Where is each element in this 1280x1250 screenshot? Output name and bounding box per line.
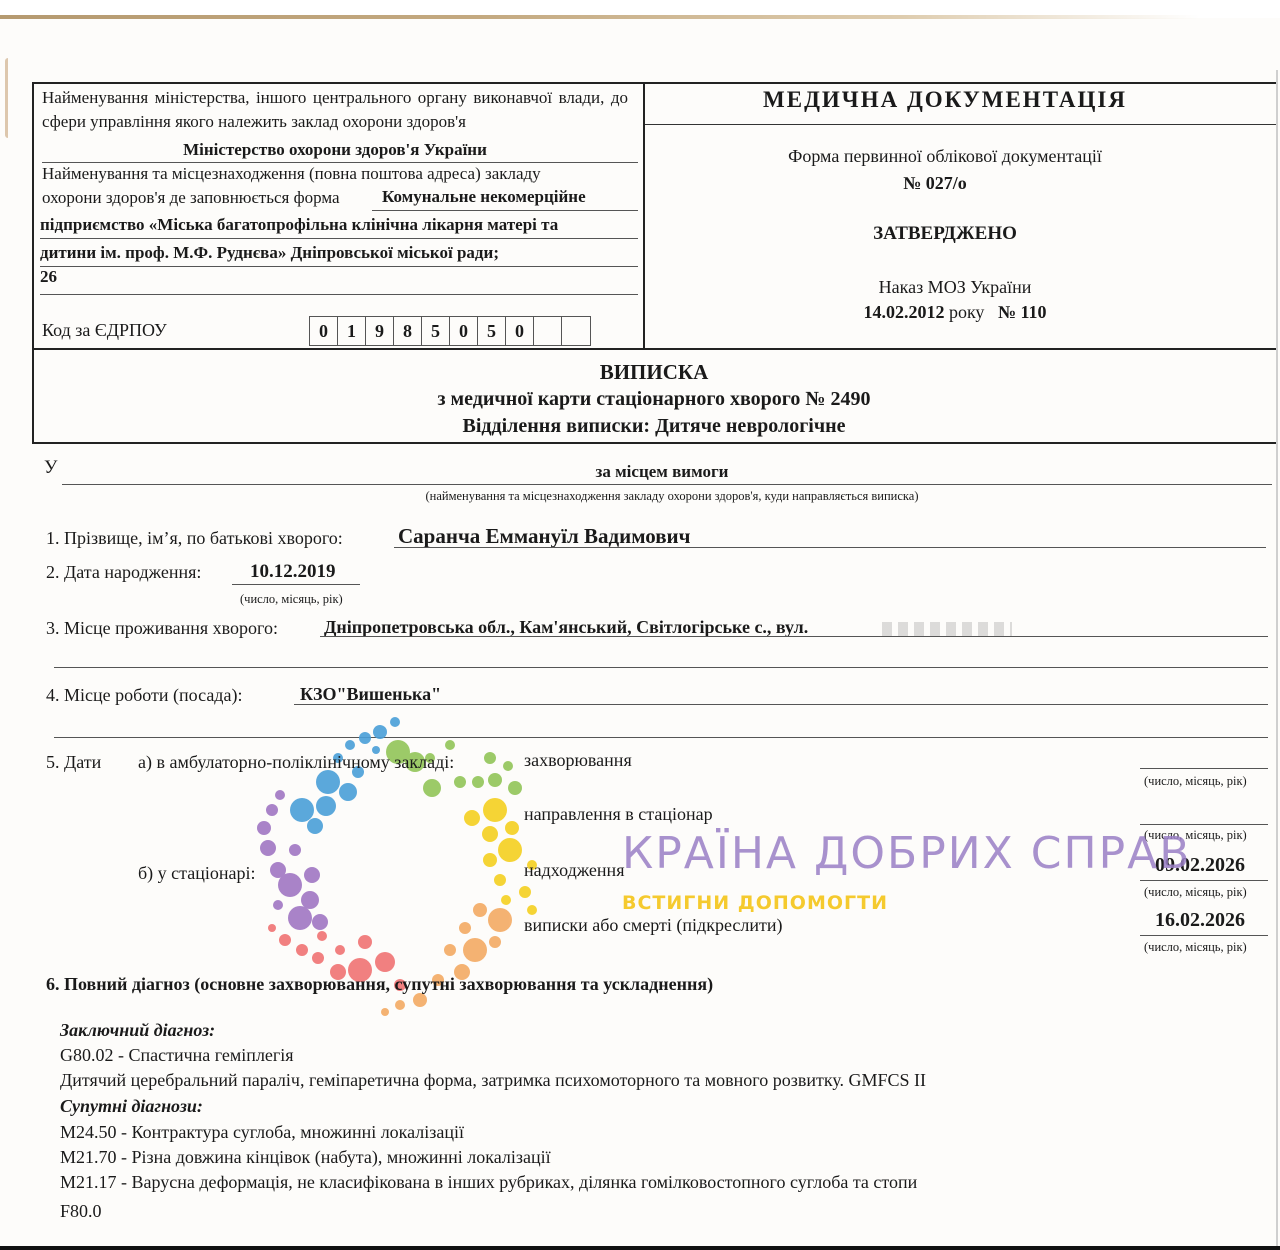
underline (394, 547, 1266, 548)
referral-date-label: направлення в стаціонар (524, 803, 713, 825)
edrpou-digit: 9 (366, 317, 394, 345)
recipient-caption: (найменування та місцезнаходження заклад… (62, 489, 1280, 503)
workplace-value: КЗО"Вишенька" (300, 684, 441, 704)
outpatient-label: а) в амбулаторно-поліклінічному закладі: (138, 751, 454, 773)
underline (62, 484, 1272, 485)
medical-documentation-title: МЕДИЧНА ДОКУМЕНТАЦІЯ (645, 86, 1245, 114)
underline (320, 636, 1268, 637)
edrpou-digit: 5 (422, 317, 450, 345)
comorbid-diagnosis-line: M24.50 - Контрактура суглоба, множинні л… (60, 1121, 464, 1143)
order-number: № 110 (998, 302, 1047, 322)
edrpou-digit: 1 (338, 317, 366, 345)
recipient-value: за місцем вимоги (62, 462, 1262, 482)
watermark-subtitle: ВСТИГНИ ДОПОМОГТИ (622, 891, 888, 915)
underline (40, 266, 638, 267)
extract-department: Відділення виписки: Дитяче неврологічне (32, 414, 1276, 438)
address-label: 3. Місце проживання хворого: (46, 617, 278, 639)
extract-title: ВИПИСКА (32, 360, 1276, 384)
extract-subtitle: з медичної карти стаціонарного хворого №… (32, 387, 1276, 411)
edrpou-digit (562, 317, 590, 345)
comorbid-diagnosis-line: M21.17 - Варусна деформація, не класифік… (60, 1171, 917, 1193)
final-diagnosis-line: Дитячий церебральний параліч, геміпарети… (60, 1069, 926, 1091)
order-date: 14.02.2012 (863, 302, 944, 322)
approved-label: ЗАТВЕРДЖЕНО (645, 224, 1245, 244)
address-value: Дніпропетровська обл., Кам'янський, Світ… (324, 617, 808, 637)
ministry-label: Найменування міністерства, іншого центра… (42, 86, 628, 134)
illness-date-label: захворювання (524, 749, 632, 771)
watermark-title: КРАЇНА ДОБРИХ СПРАВ (622, 828, 1191, 880)
underline (54, 737, 1268, 738)
institution-value-line2: підприємство «Міська багатопрофільна клі… (40, 215, 558, 235)
admission-date-label: надходження (524, 859, 624, 881)
date-caption: (число, місяць, рік) (1144, 940, 1247, 954)
discharge-date-label: виписки або смерті (підкреслити) (524, 914, 782, 936)
edrpou-digit: 0 (450, 317, 478, 345)
redacted-address-part (882, 622, 1012, 636)
ministry-value: Міністерство охорони здоров'я України (42, 140, 628, 160)
header-title-divider (645, 124, 1276, 125)
paper-edge (0, 15, 1200, 19)
underline (40, 294, 638, 295)
divider (42, 162, 638, 163)
order-line: 14.02.2012 року № 110 (645, 301, 1265, 323)
institution-value-line1: Комунальне некомерційне (382, 187, 586, 207)
edrpou-digit: 0 (506, 317, 534, 345)
patient-name-label: 1. Прізвище, ім’я, по батькові хворого: (46, 527, 343, 549)
order-year-word: року (949, 302, 985, 322)
edrpou-digit: 5 (478, 317, 506, 345)
workplace-label: 4. Місце роботи (посада): (46, 684, 242, 706)
underline (232, 584, 360, 585)
date-caption: (число, місяць, рік) (1144, 774, 1247, 788)
paper-fold-mark (5, 58, 13, 138)
dob-label: 2. Дата народження: (46, 561, 201, 583)
form-number: № 027/о (645, 173, 1225, 193)
order-label: Наказ МОЗ України (645, 277, 1265, 297)
bottom-edge (0, 1246, 1280, 1250)
underline (294, 704, 1268, 705)
form-label: Форма первинної облікової документації (645, 146, 1245, 166)
final-diagnosis-line: G80.02 - Спастична геміплегія (60, 1044, 294, 1066)
illness-date-underline (1140, 768, 1268, 769)
edrpou-code-box: 0 1 9 8 5 0 5 0 (309, 316, 591, 346)
institution-value-line3: дитини ім. проф. М.Ф. Руднєва» Дніпровсь… (40, 243, 499, 263)
dob-value: 10.12.2019 (250, 561, 336, 583)
edrpou-digit: 0 (310, 317, 338, 345)
underline (372, 210, 638, 211)
dates-label: 5. Дати (46, 751, 101, 773)
edrpou-digit: 8 (394, 317, 422, 345)
final-diagnosis-label: Заключний діагноз: (60, 1020, 215, 1040)
discharge-date-value: 16.02.2026 (1155, 910, 1245, 930)
underline (54, 667, 1268, 668)
underline (40, 238, 638, 239)
comorbid-diagnosis-line: M21.70 - Різна довжина кінцівок (набута)… (60, 1146, 551, 1168)
referral-date-underline (1140, 824, 1268, 825)
date-caption: (число, місяць, рік) (1144, 885, 1247, 899)
diagnosis-title: 6. Повний діагноз (основне захворювання,… (46, 974, 713, 994)
admission-date-underline (1140, 880, 1268, 881)
institution-value-line4: 26 (40, 267, 57, 287)
dob-caption: (число, місяць, рік) (240, 592, 343, 606)
comorbid-diagnosis-label: Супутні діагнози: (60, 1096, 203, 1116)
discharge-date-underline (1140, 935, 1268, 936)
institution-label-line2: охорони здоров'я де заповнюється форма (42, 188, 340, 208)
patient-name-value: Саранча Еммануїл Вадимович (398, 525, 691, 547)
edrpou-label: Код за ЄДРПОУ (42, 320, 167, 340)
recipient-prefix: У (44, 458, 57, 478)
comorbid-diagnosis-line: F80.0 (60, 1200, 102, 1222)
institution-label-line1: Найменування та місцезнаходження (повна … (42, 164, 541, 184)
inpatient-label: б) у стаціонарі: (138, 862, 255, 884)
page-right-edge (1276, 70, 1278, 1250)
edrpou-digit (534, 317, 562, 345)
